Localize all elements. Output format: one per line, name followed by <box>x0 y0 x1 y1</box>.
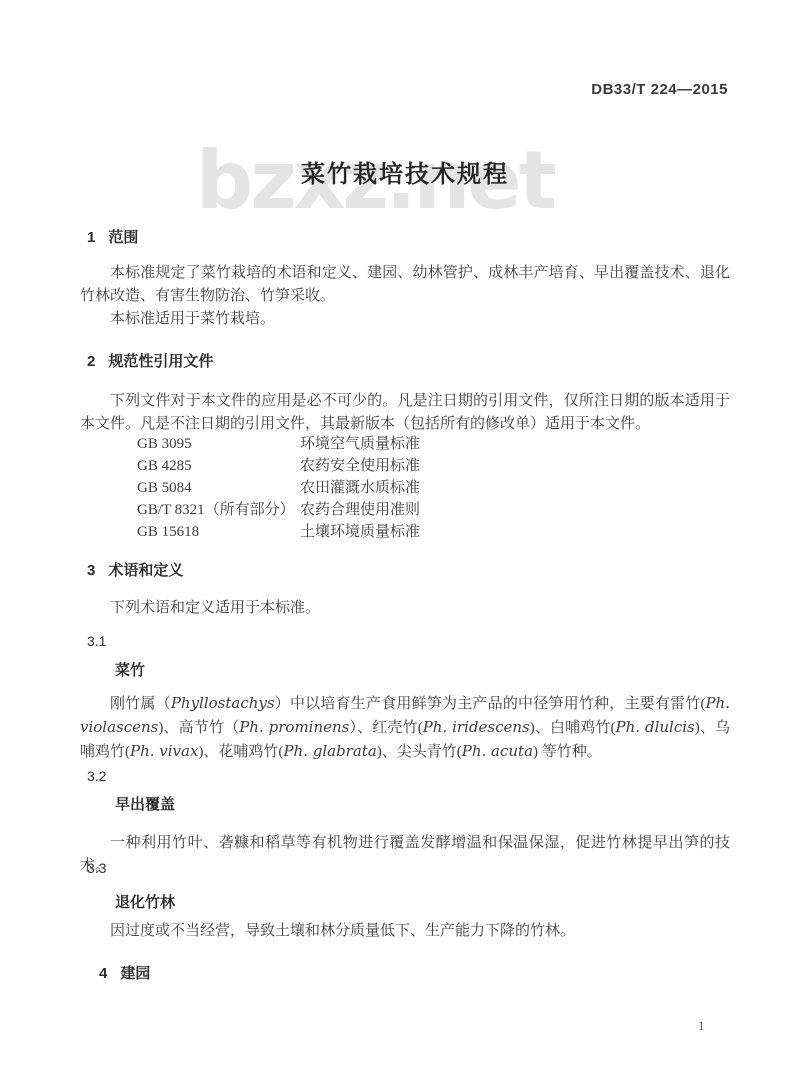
section-2-number: 2 <box>87 353 95 370</box>
reference-title: 土壤环境质量标准 <box>300 524 420 540</box>
section-1-title: 范围 <box>108 229 138 246</box>
definition-text: 刚竹属（ <box>110 696 171 712</box>
reference-code: GB 15618 <box>137 521 300 543</box>
section-4-title: 建园 <box>120 965 150 982</box>
section-4-heading: 4建园 <box>80 962 749 983</box>
latin-species-name: Ph. acuta <box>462 742 533 760</box>
term-3-2-number: 3.2 <box>80 768 737 784</box>
term-3-3-definition: 因过度或不当经营，导致土壤和林分质量低下、生产能力下降的竹林。 <box>80 920 730 943</box>
section-3-number: 3 <box>87 562 95 579</box>
definition-text: )、高节竹（ <box>158 720 239 736</box>
term-3-3-number: 3.3 <box>80 860 737 876</box>
term-3-1-definition: 刚竹属（Phyllostachys）中以培育生产食用鲜笋为主产品的中径笋用竹种，… <box>80 692 730 764</box>
section-3-heading: 3术语和定义 <box>80 559 737 580</box>
section-2-heading: 2规范性引用文件 <box>80 350 737 371</box>
section-3-title: 术语和定义 <box>108 562 183 579</box>
latin-species-name: Ph. iridescens <box>423 718 530 736</box>
definition-text: )、尖头青竹( <box>377 744 462 760</box>
term-3-1-number: 3.1 <box>80 633 737 649</box>
term-3-3-name: 退化竹林 <box>80 891 765 912</box>
definition-text: )、花哺鸡竹( <box>198 744 283 760</box>
definition-text: ) 等竹种。 <box>533 744 602 760</box>
scope-paragraph-1: 本标准规定了菜竹栽培的术语和定义、建园、幼林管护、成林丰产培育、早出覆盖技术、退… <box>80 262 730 308</box>
doc-title: 菜竹栽培技术规程 <box>80 154 730 189</box>
doc-standard-code: DB33/T 224—2015 <box>591 81 728 98</box>
references-intro-text: 下列文件对于本文件的应用是必不可少的。凡是注日期的引用文件，仅所注日期的版本适用… <box>80 390 730 436</box>
section-1-heading: 1范围 <box>80 226 737 247</box>
reference-title: 环境空气质量标准 <box>300 436 420 452</box>
section-1-number: 1 <box>87 229 95 246</box>
latin-species-name: Ph. glabrata <box>283 742 376 760</box>
latin-species-name: Phyllostachys <box>171 694 275 712</box>
latin-species-name: Ph. dlulcis <box>616 718 695 736</box>
document-page: DB33/T 224—2015 bzxz.net 菜竹栽培技术规程 1范围 本标… <box>0 0 800 1090</box>
definition-text: ）、红壳竹( <box>349 720 422 736</box>
section-2-title: 规范性引用文件 <box>108 353 213 370</box>
term-3-1-name: 菜竹 <box>80 659 765 680</box>
term-3-2-name: 早出覆盖 <box>80 793 765 814</box>
reference-item: GB 5084农田灌溉水质标准 <box>80 477 730 499</box>
section-1-body: 本标准规定了菜竹栽培的术语和定义、建园、幼林管护、成林丰产培育、早出覆盖技术、退… <box>80 262 730 331</box>
reference-title: 农药合理使用准则 <box>300 502 420 518</box>
terms-intro-text: 下列术语和定义适用于本标准。 <box>80 597 730 620</box>
reference-item: GB 3095环境空气质量标准 <box>80 433 730 455</box>
reference-title: 农药安全使用标准 <box>300 458 420 474</box>
reference-item: GB 15618土壤环境质量标准 <box>80 521 730 543</box>
terms-intro: 下列术语和定义适用于本标准。 <box>80 597 730 620</box>
scope-paragraph-2: 本标准适用于菜竹栽培。 <box>80 308 730 331</box>
reference-code: GB/T 8321（所有部分） <box>137 499 300 521</box>
reference-code: GB 5084 <box>137 477 300 499</box>
reference-code: GB 3095 <box>137 433 300 455</box>
reference-item: GB/T 8321（所有部分）农药合理使用准则 <box>80 499 730 521</box>
latin-species-name: Ph. vivax <box>130 742 198 760</box>
section-4-number: 4 <box>99 965 107 982</box>
definition-text: ）中以培育生产食用鲜笋为主产品的中径笋用竹种，主要有雷竹( <box>275 696 706 712</box>
latin-species-name: Ph. prominens <box>239 718 349 736</box>
reference-code: GB 4285 <box>137 455 300 477</box>
reference-title: 农田灌溉水质标准 <box>300 480 420 496</box>
page-number: 1 <box>698 1018 705 1034</box>
references-list: GB 3095环境空气质量标准 GB 4285农药安全使用标准 GB 5084农… <box>80 433 730 543</box>
references-intro: 下列文件对于本文件的应用是必不可少的。凡是注日期的引用文件，仅所注日期的版本适用… <box>80 390 730 436</box>
definition-text: )、白哺鸡竹( <box>530 720 616 736</box>
reference-item: GB 4285农药安全使用标准 <box>80 455 730 477</box>
